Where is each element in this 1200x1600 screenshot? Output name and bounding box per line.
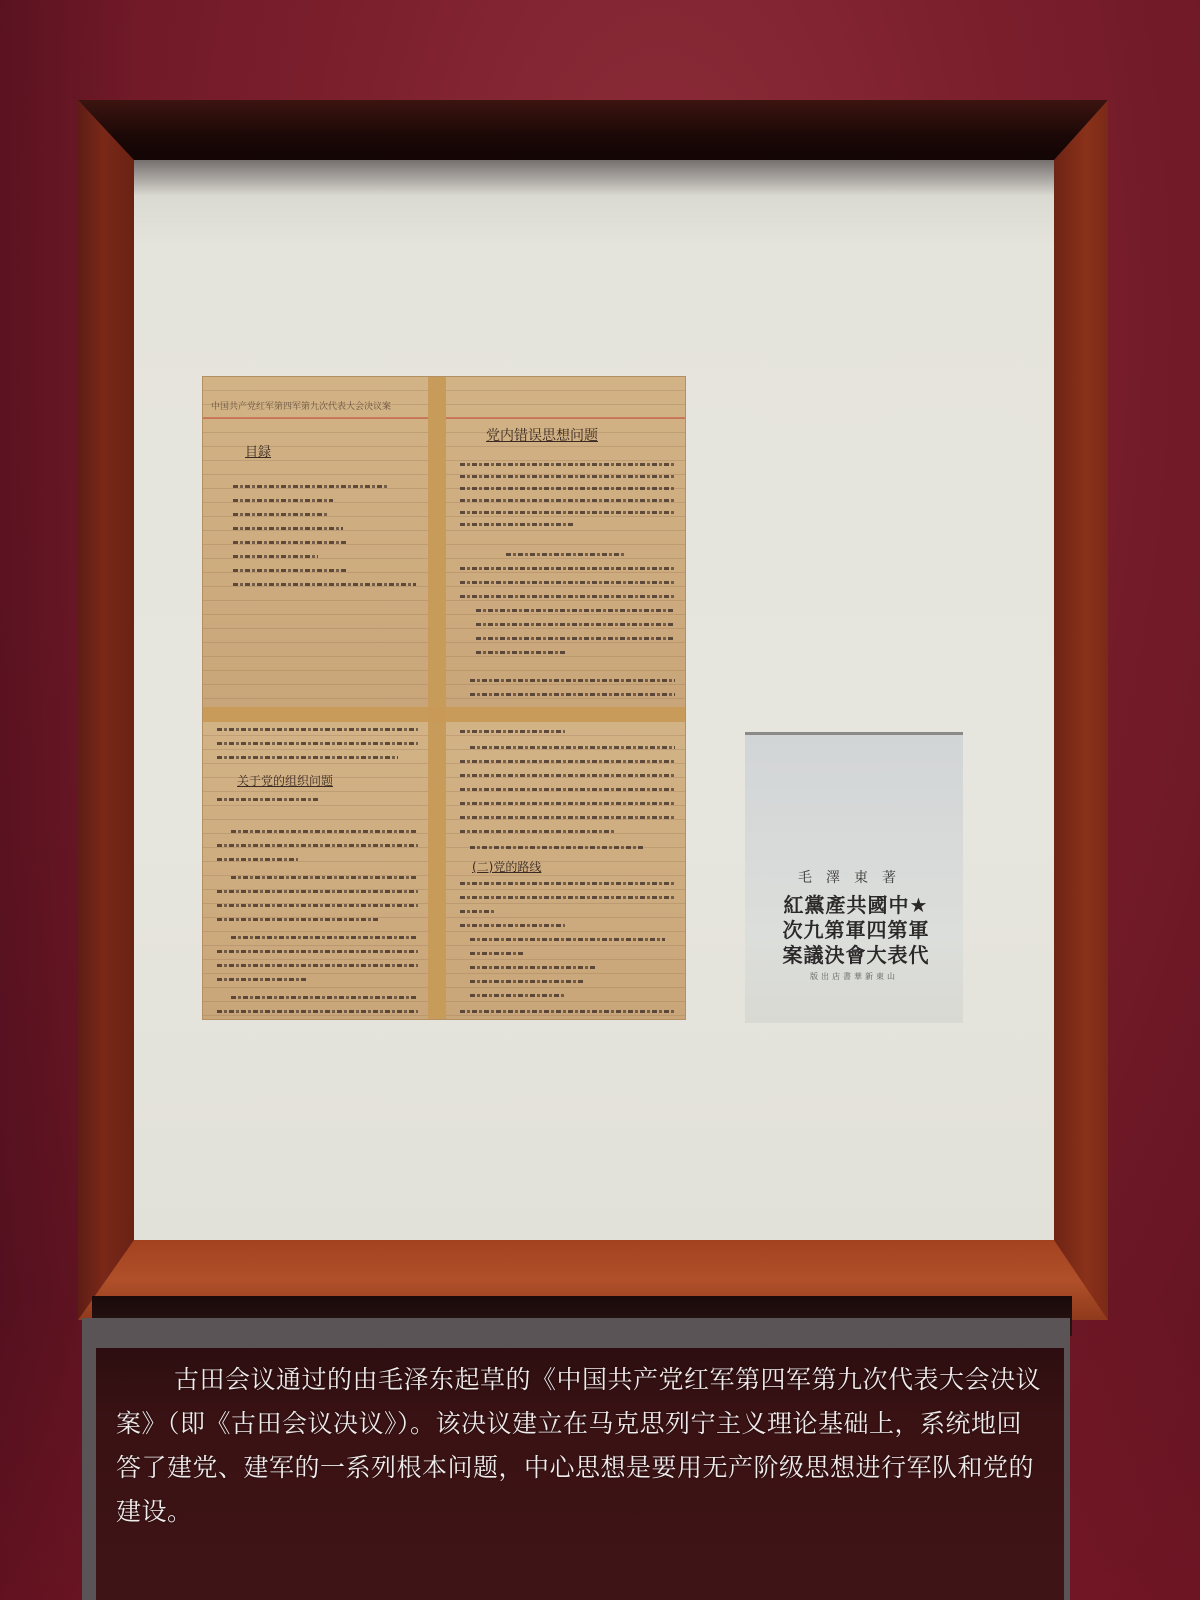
frame-top-bevel (78, 100, 1108, 162)
contents-heading: 目録 (245, 441, 271, 460)
handwriting-line (470, 994, 565, 997)
handwriting-line (460, 463, 675, 466)
handwriting-line (231, 996, 418, 999)
tape-vertical (428, 377, 446, 1019)
handwriting-line (476, 623, 675, 626)
handwriting-line (231, 830, 418, 833)
handwriting-line (217, 844, 418, 847)
handwriting-line (233, 499, 333, 502)
handwriting-line (460, 511, 675, 514)
handwriting-line (233, 569, 348, 572)
handwriting-line (217, 890, 418, 893)
manuscript-page-bottom-right: (二)党的路线 (446, 722, 685, 1019)
handwriting-line (217, 950, 418, 953)
handwriting-line (217, 858, 298, 861)
book-title-line: 軍第四軍第九次 (771, 918, 941, 943)
handwriting-line (470, 679, 675, 682)
book-title-line: ★中國共產黨紅 (771, 893, 941, 918)
margin-line (203, 417, 428, 419)
handwriting-line (217, 756, 398, 759)
handwriting-line (231, 936, 418, 939)
handwriting-line (233, 485, 388, 488)
page-heading: 党内错误思想问题 (486, 425, 598, 445)
handwriting-line (460, 760, 675, 763)
handwriting-line (233, 583, 416, 586)
mat-shadow (134, 160, 1054, 196)
handwriting-line (217, 918, 378, 921)
handwriting-line (470, 693, 675, 696)
book-title-line: 代表大會決議案 (771, 943, 941, 968)
handwritten-manuscript: 中国共产党红军第四军第九次代表大会决议案 目録 党内错误思想问题 关于党 (203, 377, 685, 1019)
handwriting-line (460, 830, 615, 833)
handwriting-line (460, 910, 495, 913)
handwriting-line (217, 964, 418, 967)
page-heading: 关于党的组织问题 (237, 772, 333, 789)
margin-line (446, 417, 685, 419)
handwriting-line (460, 523, 575, 526)
caption-text: 古田会议通过的由毛泽东起草的《中国共产党红军第四军第九次代表大会决议案》（即《古… (116, 1358, 1046, 1534)
manuscript-page-bottom-left: 关于党的组织问题 (203, 722, 428, 1019)
handwriting-line (470, 938, 665, 941)
handwriting-line (460, 499, 675, 502)
manuscript-page-top-right: 党内错误思想问题 (446, 377, 685, 707)
handwriting-line (217, 904, 418, 907)
handwriting-line (470, 952, 525, 955)
handwriting-line (460, 774, 675, 777)
page-heading: (二)党的路线 (472, 858, 541, 875)
handwriting-line (460, 487, 675, 490)
handwriting-line (460, 788, 675, 791)
book-author: 毛澤東著 (745, 867, 963, 887)
handwriting-line (476, 651, 565, 654)
frame-right-bevel (1054, 100, 1108, 1320)
handwriting-line (460, 730, 565, 733)
book-publisher: 山東新華書店出版 (745, 971, 963, 982)
handwriting-line (233, 541, 348, 544)
handwriting-line (460, 882, 675, 885)
manuscript-page-top-left: 中国共产党红军第四军第九次代表大会决议案 目録 (203, 377, 428, 707)
handwriting-line (460, 475, 675, 478)
book-cover: 毛澤東著 ★中國共產黨紅 軍第四軍第九次 代表大會決議案 山東新華書店出版 (745, 735, 963, 1023)
handwriting-line (217, 742, 418, 745)
handwriting-line (460, 595, 675, 598)
handwriting-line (460, 924, 565, 927)
handwriting-line (470, 846, 645, 849)
frame-left-bevel (78, 100, 134, 1320)
handwriting-line (460, 896, 675, 899)
book-title: ★中國共產黨紅 軍第四軍第九次 代表大會決議案 (771, 893, 941, 968)
handwriting-line (506, 553, 625, 556)
handwriting-line (460, 581, 675, 584)
handwriting-line (233, 527, 343, 530)
handwriting-line (217, 1010, 418, 1013)
handwriting-line (231, 876, 418, 879)
handwriting-line (470, 980, 585, 983)
handwriting-line (217, 728, 418, 731)
handwriting-line (470, 746, 675, 749)
handwriting-line (460, 1010, 675, 1013)
handwriting-line (217, 978, 308, 981)
manuscript-title-line: 中国共产党红军第四军第九次代表大会决议案 (211, 399, 391, 412)
handwriting-line (460, 802, 675, 805)
handwriting-line (476, 637, 675, 640)
handwriting-line (460, 567, 675, 570)
handwriting-line (476, 609, 675, 612)
handwriting-line (233, 555, 318, 558)
handwriting-line (460, 816, 675, 819)
tape-horizontal (203, 707, 685, 722)
handwriting-line (470, 966, 595, 969)
handwriting-line (217, 798, 318, 801)
handwriting-line (233, 513, 328, 516)
